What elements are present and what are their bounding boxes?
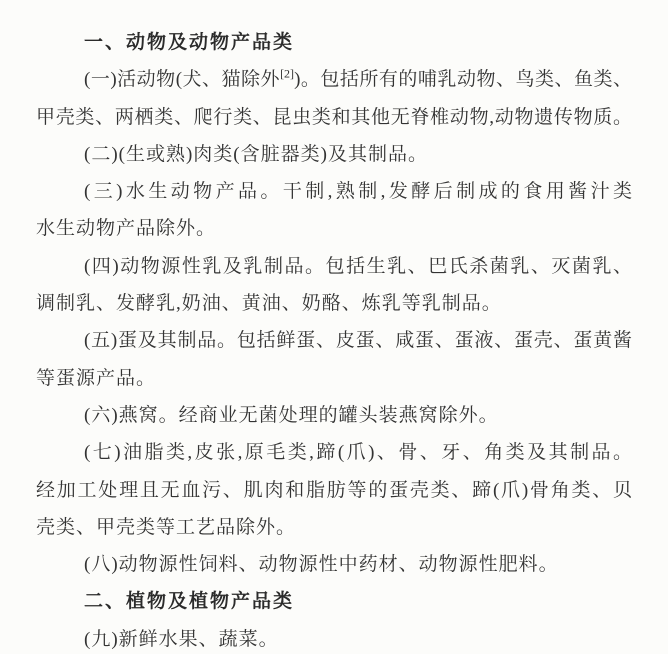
line-fruits-vegetables: (九)新鲜水果、蔬菜。: [36, 621, 632, 654]
line-meat: (二)(生或熟)肉类(含脏器类)及其制品。: [36, 136, 632, 173]
line-eggs-1: (五)蛋及其制品。包括鲜蛋、皮蛋、咸蛋、蛋液、蛋壳、蛋黄酱: [36, 322, 632, 359]
line-aquatic-2: 水生动物产品除外。: [36, 210, 632, 247]
line-birds-nest: (六)燕窝。经商业无菌处理的罐头装燕窝除外。: [36, 397, 632, 434]
heading-plant-products: 二、植物及植物产品类: [36, 583, 632, 620]
line-fats-3: 壳类、甲壳类等工艺品除外。: [36, 509, 632, 546]
line-fats-2: 经加工处理且无血污、肌肉和脂肪等的蛋壳类、蹄(爪)骨角类、贝: [36, 472, 632, 509]
line-live-animals-1-tail: )。包括所有的哺乳动物、鸟类、鱼类、: [294, 69, 632, 90]
line-eggs-2: 等蛋源产品。: [36, 360, 632, 397]
line-dairy-1: (四)动物源性乳及乳制品。包括生乳、巴氏杀菌乳、灭菌乳、: [36, 248, 632, 285]
line-live-animals-2: 甲壳类、两栖类、爬行类、昆虫类和其他无脊椎动物,动物遗传物质。: [36, 99, 632, 136]
line-dairy-2: 调制乳、发酵乳,奶油、黄油、奶酪、炼乳等乳制品。: [36, 285, 632, 322]
document-page: 一、动物及动物产品类 (一)活动物(犬、猫除外[2])。包括所有的哺乳动物、鸟类…: [0, 0, 668, 654]
heading-animal-products: 一、动物及动物产品类: [36, 24, 632, 61]
line-aquatic-1: (三)水生动物产品。干制,熟制,发酵后制成的食用酱汁类: [36, 173, 632, 210]
footnote-ref-2: [2]: [280, 67, 294, 81]
line-live-animals-1: (一)活动物(犬、猫除外[2])。包括所有的哺乳动物、鸟类、鱼类、: [36, 61, 632, 98]
line-fats-1: (七)油脂类,皮张,原毛类,蹄(爪)、骨、牙、角类及其制品。: [36, 434, 632, 471]
line-live-animals-1-text: (一)活动物(犬、猫除外: [84, 69, 280, 90]
line-feed: (八)动物源性饲料、动物源性中药材、动物源性肥料。: [36, 546, 632, 583]
